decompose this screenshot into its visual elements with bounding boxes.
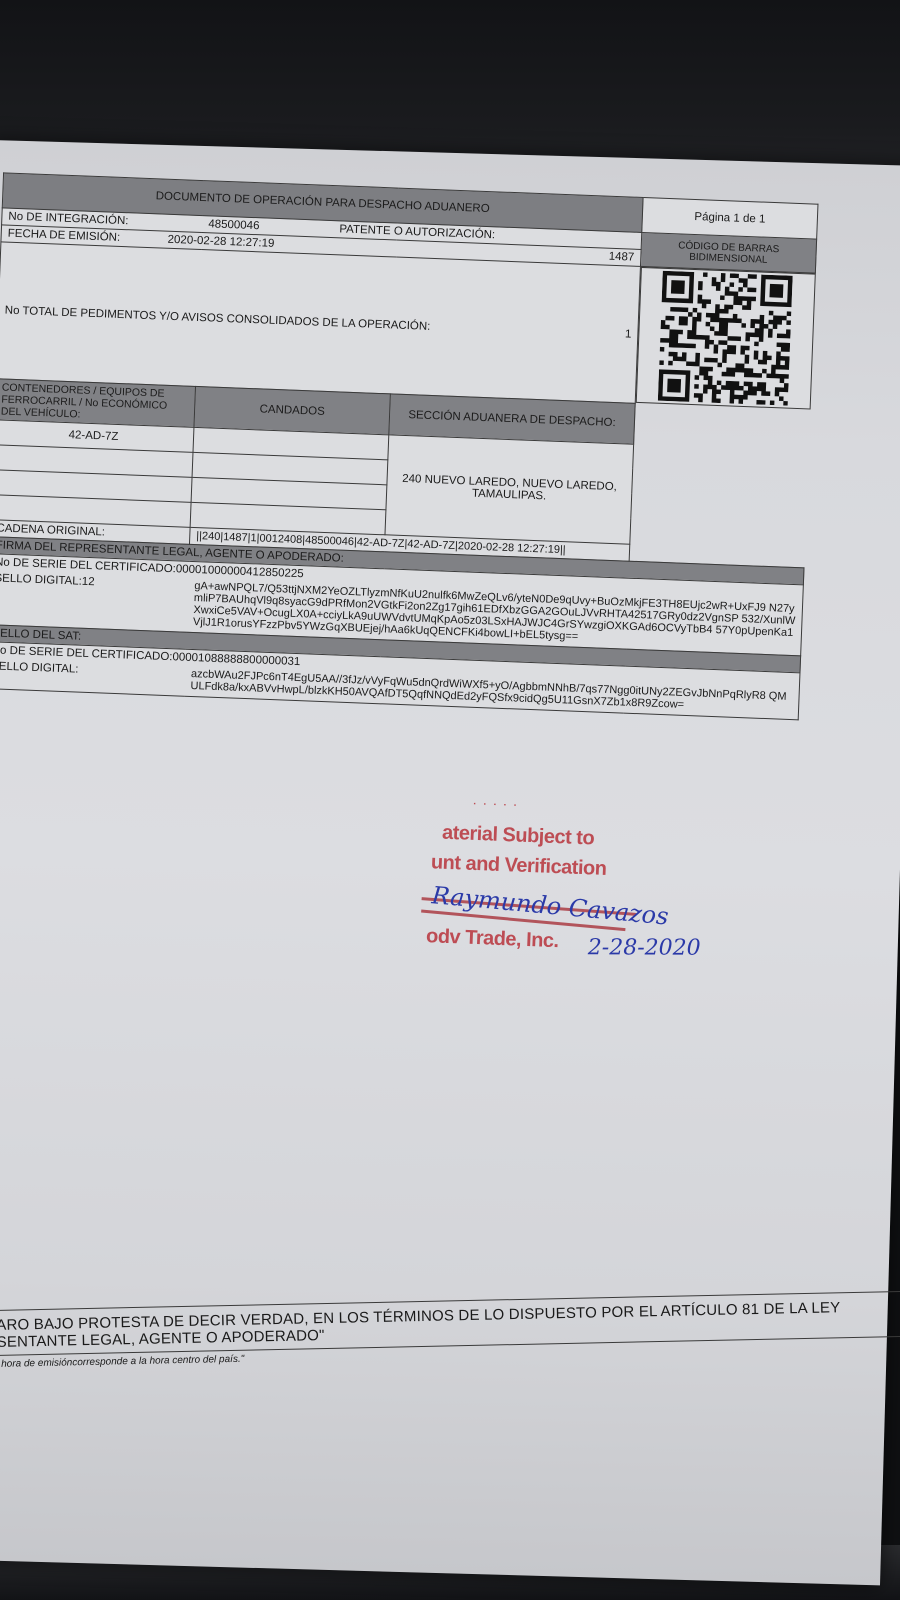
handwritten-date: 2-28-2020 — [588, 935, 701, 960]
verification-stamp: · · · · · aterial Subject to unt and Ver… — [427, 809, 733, 970]
sat-seal-label: SELLO DIGITAL: — [0, 660, 191, 692]
integration-label: No DE INTEGRACIÓN: — [8, 211, 129, 228]
total-operations-value: 1 — [561, 326, 631, 341]
stamp-line-1: aterial Subject to — [442, 822, 595, 851]
qr-code-icon — [658, 271, 793, 406]
stamp-line-2: unt and Verification — [430, 851, 606, 881]
integration-number: 48500046 — [208, 218, 260, 232]
stamp-company: odv Trade, Inc. — [426, 925, 559, 953]
customs-document-form: DOCUMENTO DE OPERACIÓN PARA DESPACHO ADU… — [0, 172, 818, 719]
total-operations-label: No TOTAL DE PEDIMENTOS Y/O AVISOS CONSOL… — [5, 304, 562, 337]
qr-code-cell — [636, 267, 816, 410]
stamp-top-fragment: · · · · · — [473, 799, 519, 812]
customs-section-value: 240 NUEVO LAREDO, NUEVO LAREDO, TAMAULIP… — [385, 434, 634, 543]
patent-number: 1487 — [564, 249, 634, 264]
document-header-table: DOCUMENTO DE OPERACIÓN PARA DESPACHO ADU… — [0, 172, 818, 719]
rep-seal-label: SELLO DIGITAL:12 — [0, 572, 195, 628]
